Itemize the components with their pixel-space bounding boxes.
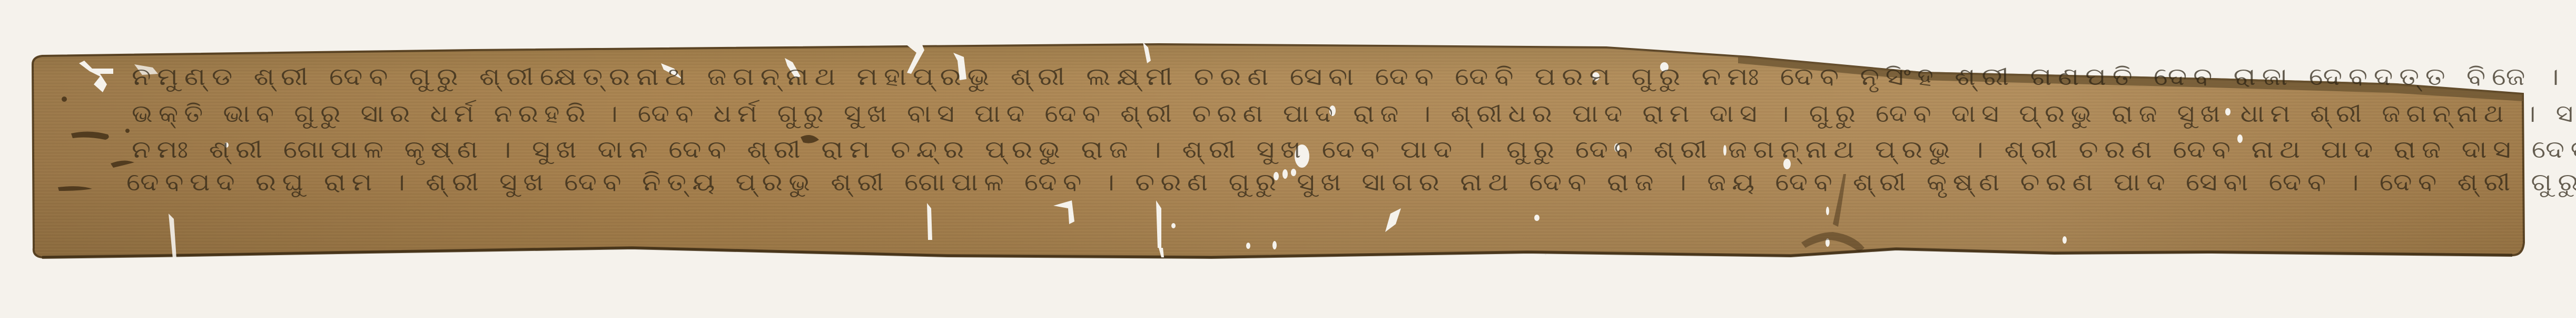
manuscript-line-2: ଭକ୍ତି ଭାବ ଗୁରୁ ସାର ଧର୍ମ ନରହରି । ଦେବ ଧର୍ମ…	[132, 99, 2576, 129]
manuscript-line-3: ନମଃ ଶ୍ରୀ ଗୋପାଳ କୃଷ୍ଣ । ସୁଖ ଦାନ ଦେବ ଶ୍ରୀ …	[132, 135, 2576, 165]
manuscript-line-4: ଦେବପଦ ରଘୁ ରାମ । ଶ୍ରୀ ସୁଖ ଦେବ ନିତ୍ୟ ପ୍ରଭୁ…	[126, 168, 2576, 197]
manuscript-line-1: ନମୁଣ୍ଡ ଶ୍ରୀ ଦେବ ଗୁରୁ ଶ୍ରୀକ୍ଷେତ୍ରନାଥ ଜଗନ୍…	[132, 62, 2565, 92]
manuscript-photo: Palm-leaf manuscript with incised Odia s…	[0, 0, 2576, 318]
